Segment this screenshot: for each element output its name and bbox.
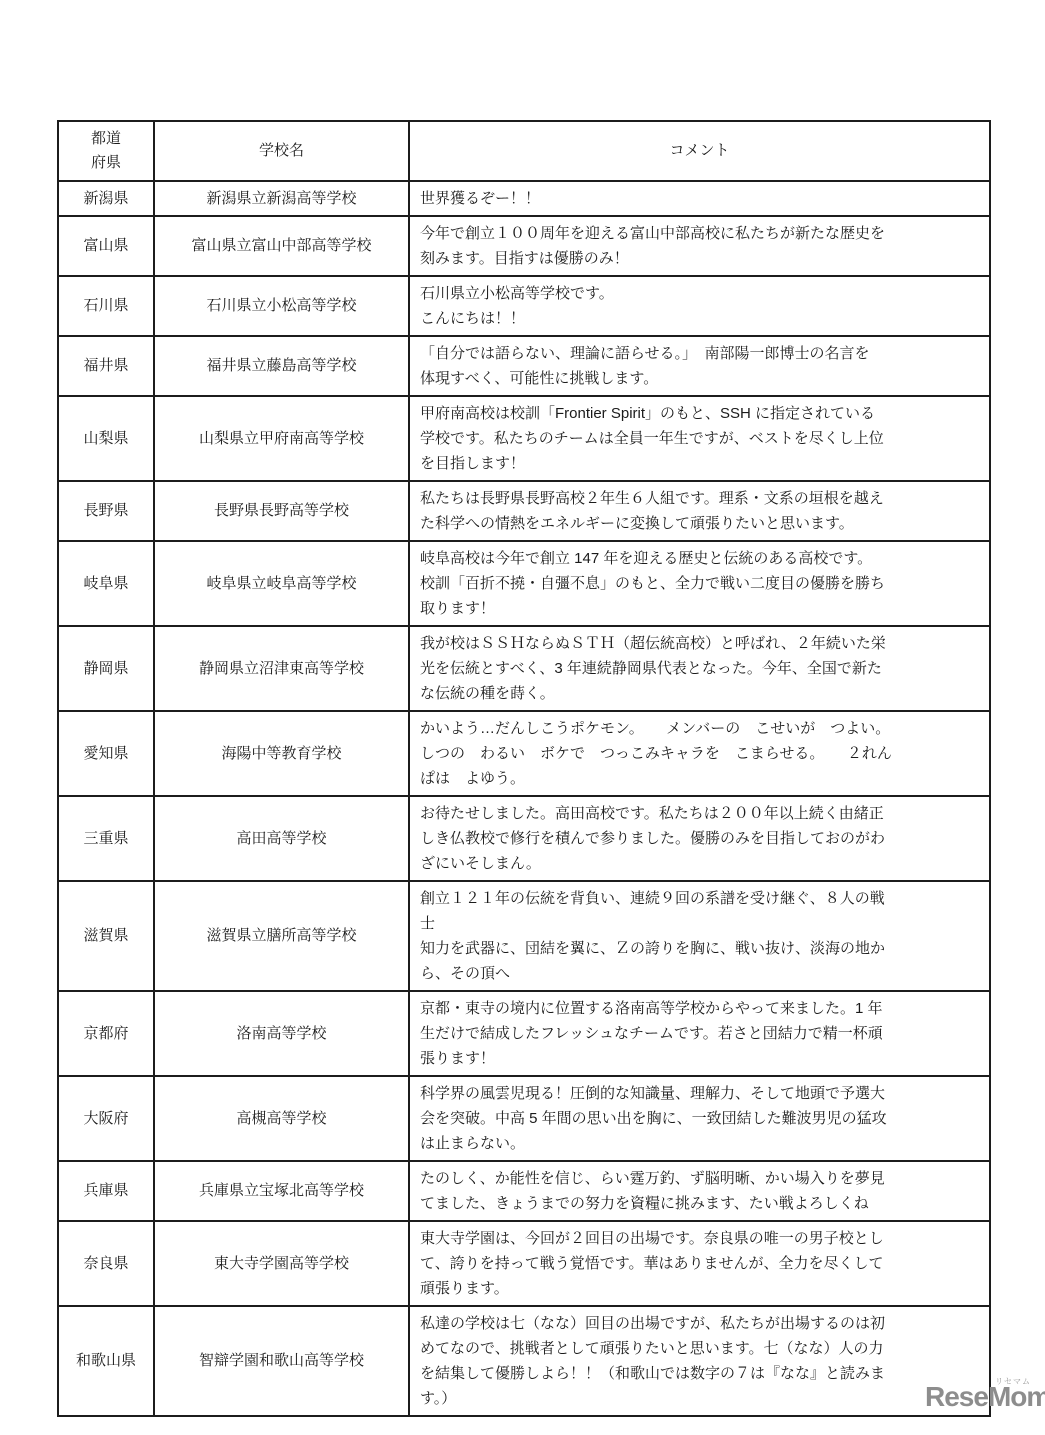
- comment-cell: 東大寺学園は、今回が２回目の出場です。奈良県の唯一の男子校とし て、誇りを持って…: [409, 1221, 990, 1306]
- comment-cell: 世界獲るぞー！！: [409, 181, 990, 216]
- table-row: 静岡県 静岡県立沼津東高等学校 我が校はＳＳＨならぬＳＴＨ（超伝統高校）と呼ばれ…: [58, 626, 990, 711]
- school-cell: 高田高等学校: [154, 796, 409, 881]
- comment-cell: 石川県立小松高等学校です。 こんにちは！！: [409, 276, 990, 336]
- prefecture-cell: 福井県: [58, 336, 154, 396]
- school-cell: 智辯学園和歌山高等学校: [154, 1306, 409, 1416]
- school-cell: 山梨県立甲府南高等学校: [154, 396, 409, 481]
- table-row: 富山県 富山県立富山中部高等学校 今年で創立１００周年を迎える富山中部高校に私た…: [58, 216, 990, 276]
- table-row: 岐阜県 岐阜県立岐阜高等学校 岐阜高校は今年で創立 147 年を迎える歴史と伝統…: [58, 541, 990, 626]
- school-cell: 富山県立富山中部高等学校: [154, 216, 409, 276]
- comment-cell: かいよう…だんしこうポケモン。 メンバーの こせいが つよい。 しつの わるい …: [409, 711, 990, 796]
- table-row: 石川県 石川県立小松高等学校 石川県立小松高等学校です。 こんにちは！！: [58, 276, 990, 336]
- table-row: 京都府 洛南高等学校 京都・東寺の境内に位置する洛南高等学校からやって来ました。…: [58, 991, 990, 1076]
- school-cell: 高槻高等学校: [154, 1076, 409, 1161]
- prefecture-cell: 新潟県: [58, 181, 154, 216]
- comment-cell: 我が校はＳＳＨならぬＳＴＨ（超伝統高校）と呼ばれ、２年続いた栄 光を伝統とすべく…: [409, 626, 990, 711]
- header-prefecture: 都道 府県: [58, 121, 154, 181]
- prefecture-cell: 京都府: [58, 991, 154, 1076]
- school-cell: 滋賀県立膳所高等学校: [154, 881, 409, 991]
- comment-cell: 京都・東寺の境内に位置する洛南高等学校からやって来ました。1 年 生だけで結成し…: [409, 991, 990, 1076]
- header-comment: コメント: [409, 121, 990, 181]
- comment-cell: 創立１２１年の伝統を背負い、連続９回の系譜を受け継ぐ、８人の戦 士 知力を武器に…: [409, 881, 990, 991]
- comment-cell: 今年で創立１００周年を迎える富山中部高校に私たちが新たな歴史を 刻みます。目指す…: [409, 216, 990, 276]
- comment-cell: たのしく、か能性を信じ、らい霆万釣、ず脳明晰、かい場入りを夢見 てました、きょう…: [409, 1161, 990, 1221]
- prefecture-cell: 富山県: [58, 216, 154, 276]
- table-row: 兵庫県 兵庫県立宝塚北高等学校 たのしく、か能性を信じ、らい霆万釣、ず脳明晰、か…: [58, 1161, 990, 1221]
- comment-cell: 私達の学校は七（なな）回目の出場ですが、私たちが出場するのは初 めてなので、挑戦…: [409, 1306, 990, 1416]
- table-row: 大阪府 高槻高等学校 科学界の風雲児現る！圧倒的な知識量、理解力、そして地頭で予…: [58, 1076, 990, 1161]
- school-cell: 兵庫県立宝塚北高等学校: [154, 1161, 409, 1221]
- prefecture-cell: 滋賀県: [58, 881, 154, 991]
- school-cell: 石川県立小松高等学校: [154, 276, 409, 336]
- table-row: 長野県 長野県長野高等学校 私たちは長野県長野高校２年生６人組です。理系・文系の…: [58, 481, 990, 541]
- watermark-ruby-text: リセマム: [995, 1376, 1031, 1387]
- school-cell: 岐阜県立岐阜高等学校: [154, 541, 409, 626]
- table-row: 滋賀県 滋賀県立膳所高等学校 創立１２１年の伝統を背負い、連続９回の系譜を受け継…: [58, 881, 990, 991]
- prefecture-cell: 三重県: [58, 796, 154, 881]
- table-row: 愛知県 海陽中等教育学校 かいよう…だんしこうポケモン。 メンバーの こせいが …: [58, 711, 990, 796]
- comment-cell: 岐阜高校は今年で創立 147 年を迎える歴史と伝統のある高校です。 校訓「百折不…: [409, 541, 990, 626]
- school-comments-table: 都道 府県 学校名 コメント 新潟県 新潟県立新潟高等学校 世界獲るぞー！！ 富…: [57, 120, 991, 1417]
- table-row: 奈良県 東大寺学園高等学校 東大寺学園は、今回が２回目の出場です。奈良県の唯一の…: [58, 1221, 990, 1306]
- prefecture-cell: 奈良県: [58, 1221, 154, 1306]
- table-row: 山梨県 山梨県立甲府南高等学校 甲府南高校は校訓「Frontier Spirit…: [58, 396, 990, 481]
- table-row: 和歌山県 智辯学園和歌山高等学校 私達の学校は七（なな）回目の出場ですが、私たち…: [58, 1306, 990, 1416]
- resemom-watermark: リセマム ReseMom.: [925, 1381, 1045, 1413]
- comment-cell: 私たちは長野県長野高校２年生６人組です。理系・文系の垣根を越え た科学への情熱を…: [409, 481, 990, 541]
- document-page: 都道 府県 学校名 コメント 新潟県 新潟県立新潟高等学校 世界獲るぞー！！ 富…: [0, 0, 1045, 1435]
- prefecture-cell: 兵庫県: [58, 1161, 154, 1221]
- prefecture-cell: 愛知県: [58, 711, 154, 796]
- comment-cell: 甲府南高校は校訓「Frontier Spirit」のもと、SSH に指定されてい…: [409, 396, 990, 481]
- prefecture-cell: 大阪府: [58, 1076, 154, 1161]
- school-cell: 静岡県立沼津東高等学校: [154, 626, 409, 711]
- school-cell: 東大寺学園高等学校: [154, 1221, 409, 1306]
- prefecture-cell: 静岡県: [58, 626, 154, 711]
- table-header-row: 都道 府県 学校名 コメント: [58, 121, 990, 181]
- table-row: 三重県 高田高等学校 お待たせしました。高田高校です。私たちは２００年以上続く由…: [58, 796, 990, 881]
- comment-cell: 科学界の風雲児現る！圧倒的な知識量、理解力、そして地頭で予選大 会を突破。中高 …: [409, 1076, 990, 1161]
- prefecture-cell: 石川県: [58, 276, 154, 336]
- school-cell: 洛南高等学校: [154, 991, 409, 1076]
- prefecture-cell: 山梨県: [58, 396, 154, 481]
- table-row: 福井県 福井県立藤島高等学校 「自分では語らない、理論に語らせる。」 南部陽一郎…: [58, 336, 990, 396]
- table-row: 新潟県 新潟県立新潟高等学校 世界獲るぞー！！: [58, 181, 990, 216]
- school-cell: 海陽中等教育学校: [154, 711, 409, 796]
- prefecture-cell: 岐阜県: [58, 541, 154, 626]
- header-school: 学校名: [154, 121, 409, 181]
- prefecture-cell: 和歌山県: [58, 1306, 154, 1416]
- comment-cell: お待たせしました。高田高校です。私たちは２００年以上続く由緒正 しき仏教校で修行…: [409, 796, 990, 881]
- school-cell: 新潟県立新潟高等学校: [154, 181, 409, 216]
- school-cell: 福井県立藤島高等学校: [154, 336, 409, 396]
- comment-cell: 「自分では語らない、理論に語らせる。」 南部陽一郎博士の名言を 体現すべく、可能…: [409, 336, 990, 396]
- prefecture-cell: 長野県: [58, 481, 154, 541]
- school-cell: 長野県長野高等学校: [154, 481, 409, 541]
